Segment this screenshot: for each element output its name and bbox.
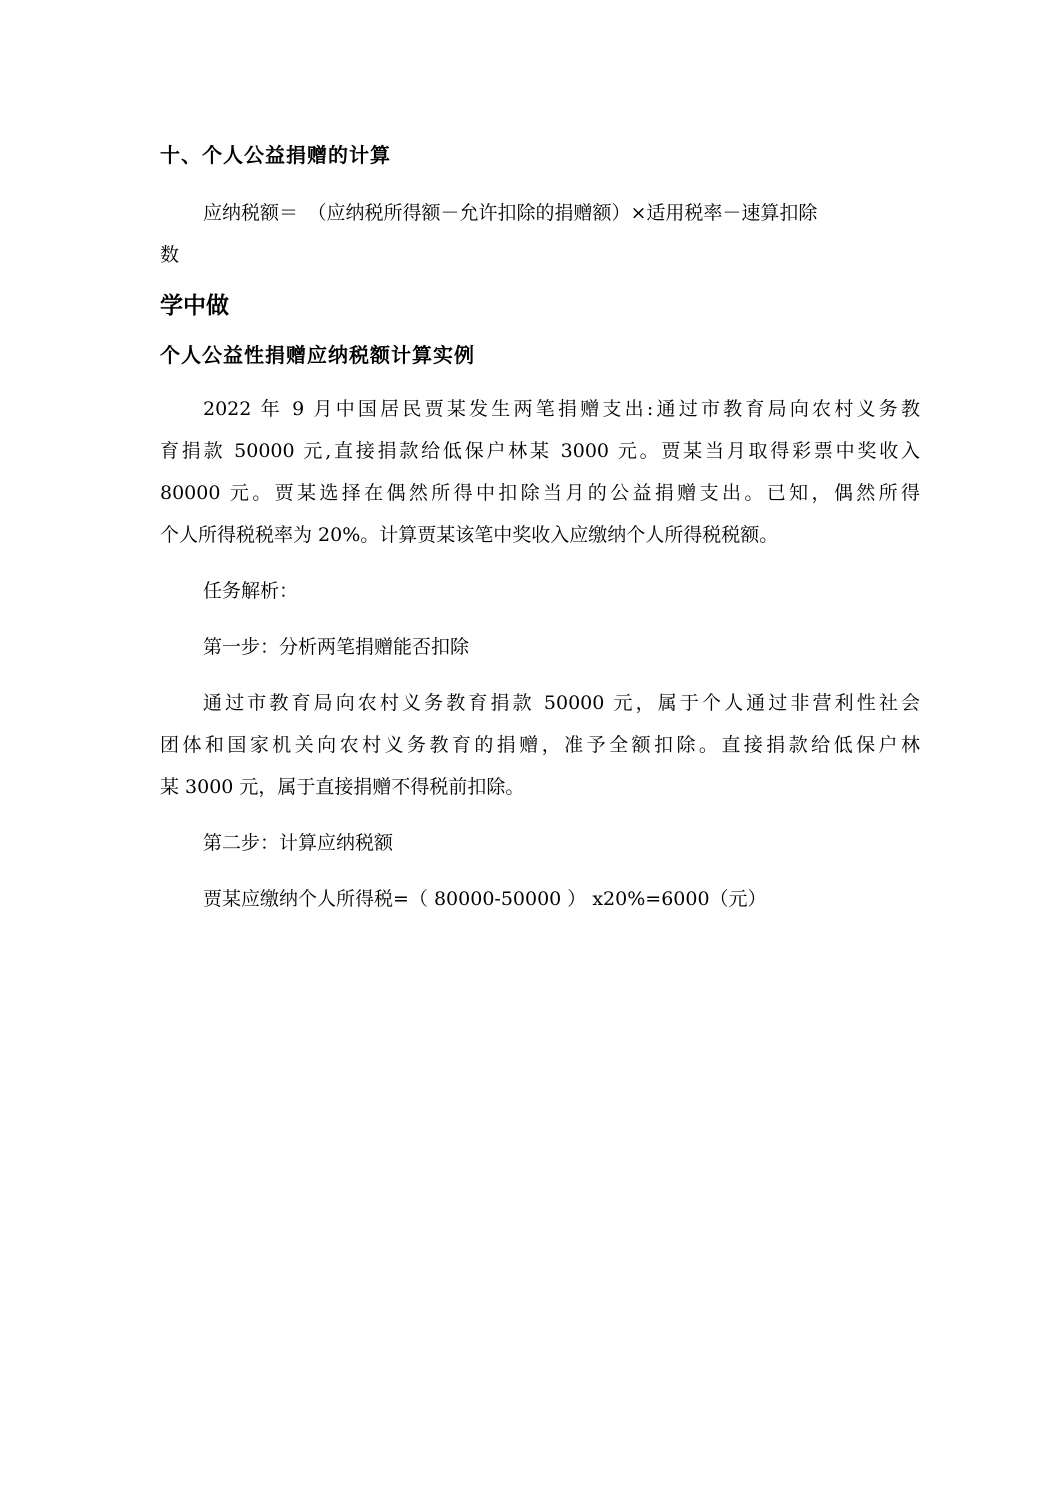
step1-line-1: 通过市教育局向农村义务教育捐款 50000 元，属于个人通过非营利性社会 (160, 682, 920, 724)
step2-formula: 贾某应缴纳个人所得税=（ 80000-50000 ） x20%=6000（元） (160, 878, 920, 920)
task-analysis-label: 任务解析： (160, 570, 920, 612)
formula-line-1: 应纳税额＝ （应纳税所得额－允许扣除的捐赠额）×适用税率－速算扣除 (160, 192, 920, 234)
step1-paragraph: 通过市教育局向农村义务教育捐款 50000 元，属于个人通过非营利性社会 团体和… (160, 682, 920, 808)
step1-line-2: 团体和国家机关向农村义务教育的捐赠，准予全额扣除。直接捐款给低保户林 (160, 724, 920, 766)
example-line-4: 个人所得税税率为 20%。计算贾某该笔中奖收入应缴纳个人所得税税额。 (160, 514, 920, 556)
section-heading: 十、个人公益捐赠的计算 (160, 140, 920, 170)
step2-title: 第二步：计算应纳税额 (160, 822, 920, 864)
example-title: 个人公益性捐赠应纳税额计算实例 (160, 340, 920, 370)
example-line-1: 2022 年 9 月中国居民贾某发生两笔捐赠支出:通过市教育局向农村义务教 (160, 388, 920, 430)
example-line-3: 80000 元。贾某选择在偶然所得中扣除当月的公益捐赠支出。已知，偶然所得 (160, 472, 920, 514)
step1-title: 第一步：分析两笔捐赠能否扣除 (160, 626, 920, 668)
formula-line-2: 数 (160, 234, 920, 276)
step1-line-3: 某 3000 元，属于直接捐赠不得税前扣除。 (160, 766, 920, 808)
example-paragraph: 2022 年 9 月中国居民贾某发生两笔捐赠支出:通过市教育局向农村义务教 育捐… (160, 388, 920, 556)
document-page: 十、个人公益捐赠的计算 应纳税额＝ （应纳税所得额－允许扣除的捐赠额）×适用税率… (0, 0, 1059, 1497)
formula-paragraph: 应纳税额＝ （应纳税所得额－允许扣除的捐赠额）×适用税率－速算扣除 数 (160, 192, 920, 276)
example-line-2: 育捐款 50000 元,直接捐款给低保户林某 3000 元。贾某当月取得彩票中奖… (160, 430, 920, 472)
learn-by-doing-heading: 学中做 (160, 290, 920, 322)
